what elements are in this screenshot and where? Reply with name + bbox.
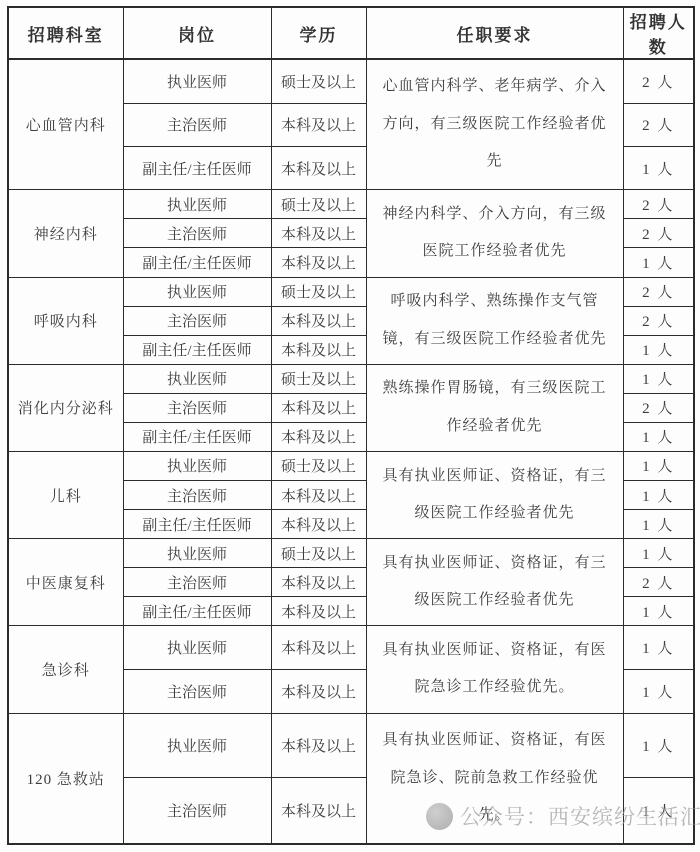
position-cell: 执业医师 bbox=[123, 539, 271, 568]
requirement-cell: 熟练操作胃肠镜，有三级医院工作经验者优先 bbox=[366, 364, 623, 451]
count-cell: 1 人 bbox=[623, 713, 694, 778]
recruitment-table: 招聘科室 岗位 学历 任职要求 招聘人数 心血管内科 执业医师 硕士及以上 心血… bbox=[7, 6, 695, 845]
count-cell: 1 人 bbox=[623, 510, 694, 539]
education-cell: 本科及以上 bbox=[271, 778, 366, 844]
header-cell-education: 学历 bbox=[271, 7, 366, 59]
position-cell: 执业医师 bbox=[123, 190, 271, 219]
department-cell: 120 急救站 bbox=[8, 713, 123, 844]
department-cell: 神经内科 bbox=[8, 190, 123, 277]
position-cell: 执业医师 bbox=[123, 277, 271, 306]
position-cell: 执业医师 bbox=[123, 626, 271, 670]
education-cell: 本科及以上 bbox=[271, 422, 366, 451]
position-cell: 副主任/主任医师 bbox=[123, 422, 271, 451]
count-cell: 1 人 bbox=[623, 147, 694, 190]
education-cell: 本科及以上 bbox=[271, 480, 366, 509]
position-cell: 主治医师 bbox=[123, 393, 271, 422]
position-cell: 副主任/主任医师 bbox=[123, 510, 271, 539]
page: 招聘科室 岗位 学历 任职要求 招聘人数 心血管内科 执业医师 硕士及以上 心血… bbox=[0, 0, 700, 852]
education-cell: 本科及以上 bbox=[271, 626, 366, 670]
requirement-cell: 具有执业医师证、资格证，有三级医院工作经验者优先 bbox=[366, 539, 623, 626]
count-cell: 1 人 bbox=[623, 422, 694, 451]
position-cell: 执业医师 bbox=[123, 59, 271, 103]
header-cell-position: 岗位 bbox=[123, 7, 271, 59]
education-cell: 硕士及以上 bbox=[271, 539, 366, 568]
count-cell: 2 人 bbox=[623, 190, 694, 219]
count-cell: 1 人 bbox=[623, 597, 694, 626]
education-cell: 本科及以上 bbox=[271, 568, 366, 597]
department-cell: 急诊科 bbox=[8, 626, 123, 713]
table-row: 心血管内科 执业医师 硕士及以上 心血管内科学、老年病学、介入方向，有三级医院工… bbox=[8, 59, 694, 103]
requirement-cell: 心血管内科学、老年病学、介入方向，有三级医院工作经验者优先 bbox=[366, 59, 623, 190]
count-cell: 2 人 bbox=[623, 306, 694, 335]
requirement-cell: 神经内科学、介入方向，有三级医院工作经验者优先 bbox=[366, 190, 623, 277]
count-cell: 1 人 bbox=[623, 626, 694, 670]
department-cell: 儿科 bbox=[8, 451, 123, 538]
position-cell: 主治医师 bbox=[123, 480, 271, 509]
count-cell: 2 人 bbox=[623, 277, 694, 306]
header-cell-requirement: 任职要求 bbox=[366, 7, 623, 59]
education-cell: 本科及以上 bbox=[271, 219, 366, 248]
department-cell: 呼吸内科 bbox=[8, 277, 123, 364]
position-cell: 主治医师 bbox=[123, 669, 271, 713]
requirement-cell: 呼吸内科学、熟练操作支气管镜，有三级医院工作经验者优先 bbox=[366, 277, 623, 364]
position-cell: 主治医师 bbox=[123, 778, 271, 844]
education-cell: 硕士及以上 bbox=[271, 59, 366, 103]
education-cell: 本科及以上 bbox=[271, 510, 366, 539]
position-cell: 副主任/主任医师 bbox=[123, 597, 271, 626]
position-cell: 执业医师 bbox=[123, 451, 271, 480]
education-cell: 本科及以上 bbox=[271, 669, 366, 713]
education-cell: 硕士及以上 bbox=[271, 190, 366, 219]
department-cell: 中医康复科 bbox=[8, 539, 123, 626]
count-cell: 2 人 bbox=[623, 393, 694, 422]
education-cell: 本科及以上 bbox=[271, 306, 366, 335]
position-cell: 执业医师 bbox=[123, 713, 271, 778]
education-cell: 本科及以上 bbox=[271, 597, 366, 626]
count-cell: 1 人 bbox=[623, 539, 694, 568]
education-cell: 硕士及以上 bbox=[271, 451, 366, 480]
table-row: 消化内分泌科 执业医师 硕士及以上 熟练操作胃肠镜，有三级医院工作经验者优先 1… bbox=[8, 364, 694, 393]
header-cell-department: 招聘科室 bbox=[8, 7, 123, 59]
education-cell: 硕士及以上 bbox=[271, 364, 366, 393]
count-cell: 2 人 bbox=[623, 103, 694, 146]
count-cell: 1 人 bbox=[623, 480, 694, 509]
count-cell: 1 人 bbox=[623, 778, 694, 844]
education-cell: 硕士及以上 bbox=[271, 277, 366, 306]
position-cell: 执业医师 bbox=[123, 364, 271, 393]
table-row: 神经内科 执业医师 硕士及以上 神经内科学、介入方向，有三级医院工作经验者优先 … bbox=[8, 190, 694, 219]
count-cell: 2 人 bbox=[623, 568, 694, 597]
education-cell: 本科及以上 bbox=[271, 103, 366, 146]
position-cell: 主治医师 bbox=[123, 103, 271, 146]
count-cell: 1 人 bbox=[623, 669, 694, 713]
requirement-cell: 具有执业医师证、资格证，有医院急诊工作经验优先。 bbox=[366, 626, 623, 713]
department-cell: 心血管内科 bbox=[8, 59, 123, 190]
requirement-cell: 具有执业医师证、资格证，有三级医院工作经验者优先 bbox=[366, 451, 623, 538]
position-cell: 副主任/主任医师 bbox=[123, 248, 271, 277]
position-cell: 主治医师 bbox=[123, 219, 271, 248]
count-cell: 2 人 bbox=[623, 219, 694, 248]
count-cell: 1 人 bbox=[623, 364, 694, 393]
table-row: 呼吸内科 执业医师 硕士及以上 呼吸内科学、熟练操作支气管镜，有三级医院工作经验… bbox=[8, 277, 694, 306]
position-cell: 主治医师 bbox=[123, 306, 271, 335]
table-row: 中医康复科 执业医师 硕士及以上 具有执业医师证、资格证，有三级医院工作经验者优… bbox=[8, 539, 694, 568]
position-cell: 副主任/主任医师 bbox=[123, 335, 271, 364]
count-cell: 1 人 bbox=[623, 451, 694, 480]
table-header-row: 招聘科室 岗位 学历 任职要求 招聘人数 bbox=[8, 7, 694, 59]
requirement-cell: 具有执业医师证、资格证，有医院急诊、院前急救工作经验优先。 bbox=[366, 713, 623, 844]
table-row: 儿科 执业医师 硕士及以上 具有执业医师证、资格证，有三级医院工作经验者优先 1… bbox=[8, 451, 694, 480]
education-cell: 本科及以上 bbox=[271, 713, 366, 778]
education-cell: 本科及以上 bbox=[271, 248, 366, 277]
count-cell: 1 人 bbox=[623, 248, 694, 277]
table-row: 120 急救站 执业医师 本科及以上 具有执业医师证、资格证，有医院急诊、院前急… bbox=[8, 713, 694, 778]
header-cell-count: 招聘人数 bbox=[623, 7, 694, 59]
count-cell: 2 人 bbox=[623, 59, 694, 103]
department-cell: 消化内分泌科 bbox=[8, 364, 123, 451]
education-cell: 本科及以上 bbox=[271, 393, 366, 422]
position-cell: 副主任/主任医师 bbox=[123, 147, 271, 190]
education-cell: 本科及以上 bbox=[271, 335, 366, 364]
position-cell: 主治医师 bbox=[123, 568, 271, 597]
count-cell: 1 人 bbox=[623, 335, 694, 364]
table-row: 急诊科 执业医师 本科及以上 具有执业医师证、资格证，有医院急诊工作经验优先。 … bbox=[8, 626, 694, 670]
education-cell: 本科及以上 bbox=[271, 147, 366, 190]
